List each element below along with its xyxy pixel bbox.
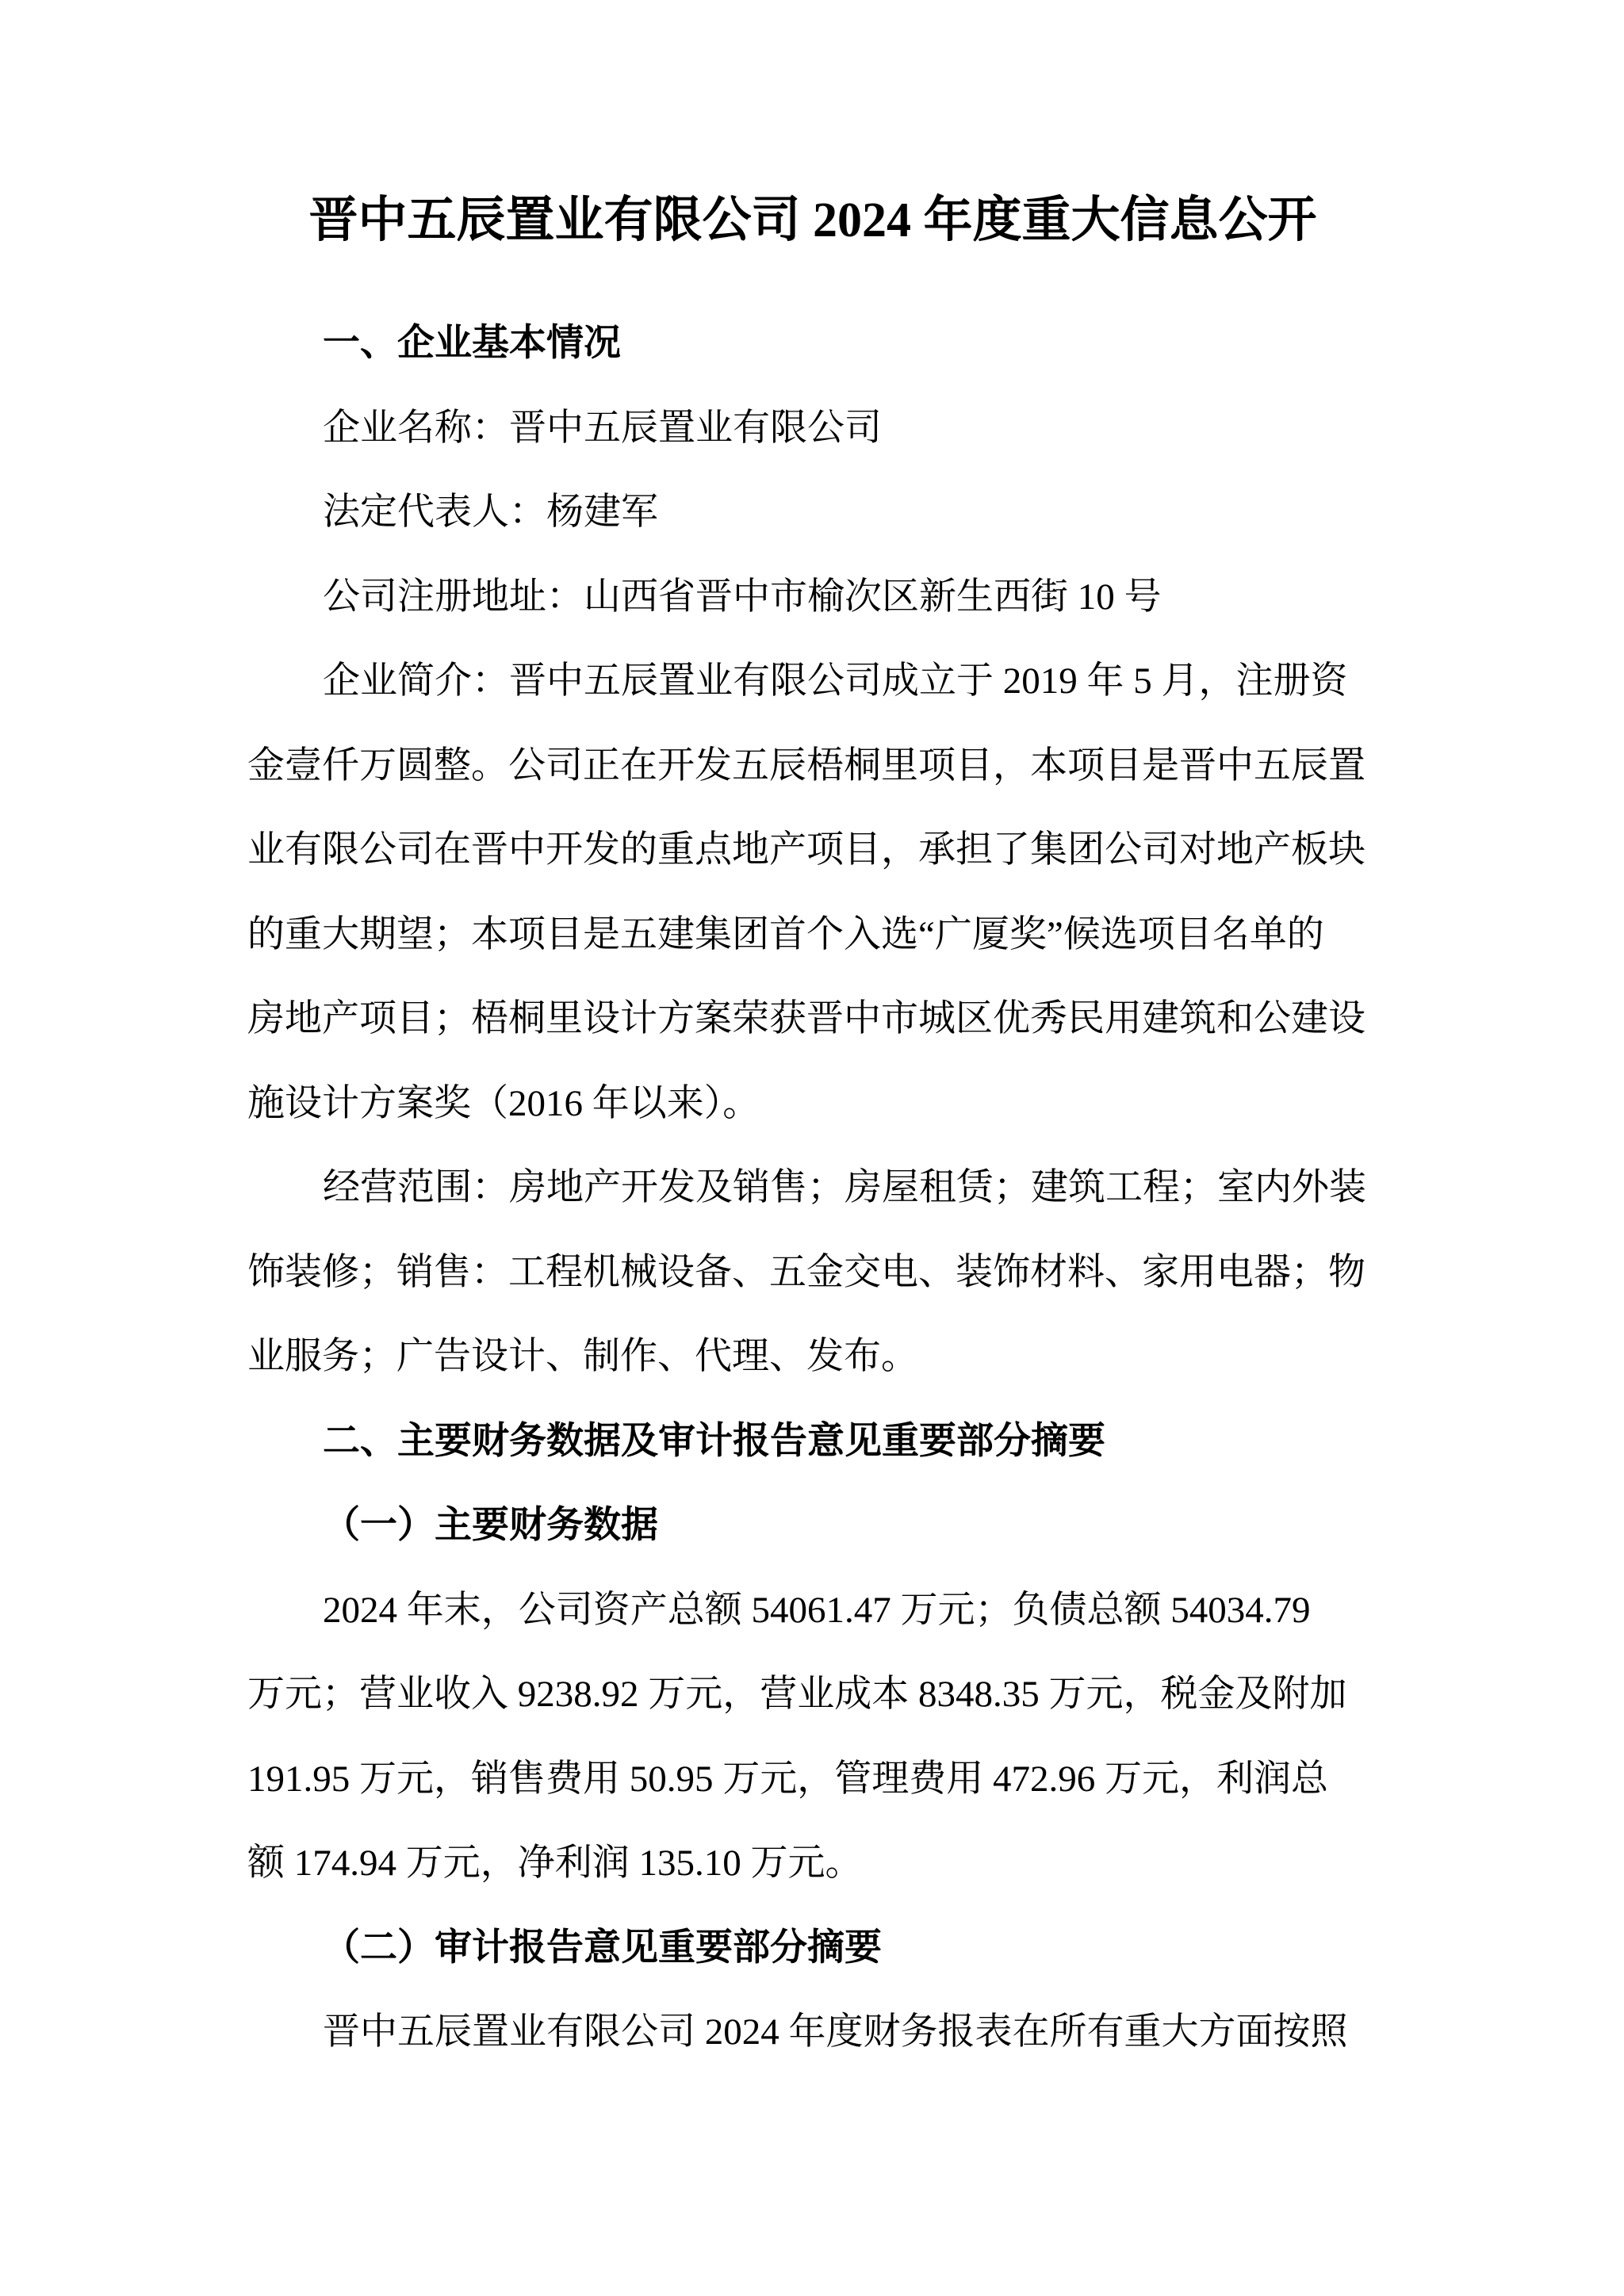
document-line: （一）主要财务数据 bbox=[247, 1483, 1378, 1568]
document-line: 万元；营业收入 9238.92 万元，营业成本 8348.35 万元，税金及附加 bbox=[247, 1652, 1378, 1737]
document-line: 施设计方案奖（2016 年以来）。 bbox=[247, 1062, 1378, 1146]
document-line: 企业简介：晋中五辰置业有限公司成立于 2019 年 5 月，注册资 bbox=[247, 639, 1378, 724]
document-page: 晋中五辰置业有限公司 2024 年度重大信息公开 一、企业基本情况企业名称：晋中… bbox=[0, 0, 1624, 2296]
document-line: 经营范围：房地产开发及销售；房屋租赁；建筑工程；室内外装 bbox=[247, 1146, 1378, 1230]
document-line: 企业名称：晋中五辰置业有限公司 bbox=[247, 386, 1378, 471]
document-line: 额 174.94 万元，净利润 135.10 万元。 bbox=[247, 1821, 1378, 1906]
document-line: 业服务；广告设计、制作、代理、发布。 bbox=[247, 1314, 1378, 1399]
document-line: 2024 年末，公司资产总额 54061.47 万元；负债总额 54034.79 bbox=[247, 1568, 1378, 1653]
document-line: 191.95 万元，销售费用 50.95 万元，管理费用 472.96 万元，利… bbox=[247, 1737, 1378, 1822]
document-line: 一、企业基本情况 bbox=[247, 301, 1378, 386]
document-line: 晋中五辰置业有限公司 2024 年度财务报表在所有重大方面按照 bbox=[247, 1990, 1378, 2075]
document-line: 法定代表人：杨建军 bbox=[247, 470, 1378, 555]
document-line: 饰装修；销售：工程机械设备、五金交电、装饰材料、家用电器；物 bbox=[247, 1230, 1378, 1315]
document-line: 业有限公司在晋中开发的重点地产项目，承担了集团公司对地产板块 bbox=[247, 808, 1378, 893]
document-line: 的重大期望；本项目是五建集团首个入选“广厦奖”候选项目名单的 bbox=[247, 893, 1378, 978]
document-lines: 一、企业基本情况企业名称：晋中五辰置业有限公司法定代表人：杨建军公司注册地址：山… bbox=[247, 301, 1378, 2075]
document-title: 晋中五辰置业有限公司 2024 年度重大信息公开 bbox=[247, 0, 1378, 251]
document-line: 公司注册地址：山西省晋中市榆次区新生西街 10 号 bbox=[247, 555, 1378, 640]
document-line: 房地产项目；梧桐里设计方案荣获晋中市城区优秀民用建筑和公建设 bbox=[247, 977, 1378, 1062]
document-line: 金壹仟万圆整。公司正在开发五辰梧桐里项目，本项目是晋中五辰置 bbox=[247, 724, 1378, 809]
document-content: 晋中五辰置业有限公司 2024 年度重大信息公开 一、企业基本情况企业名称：晋中… bbox=[247, 0, 1378, 2075]
document-line: 二、主要财务数据及审计报告意见重要部分摘要 bbox=[247, 1399, 1378, 1484]
document-line: （二）审计报告意见重要部分摘要 bbox=[247, 1906, 1378, 1991]
